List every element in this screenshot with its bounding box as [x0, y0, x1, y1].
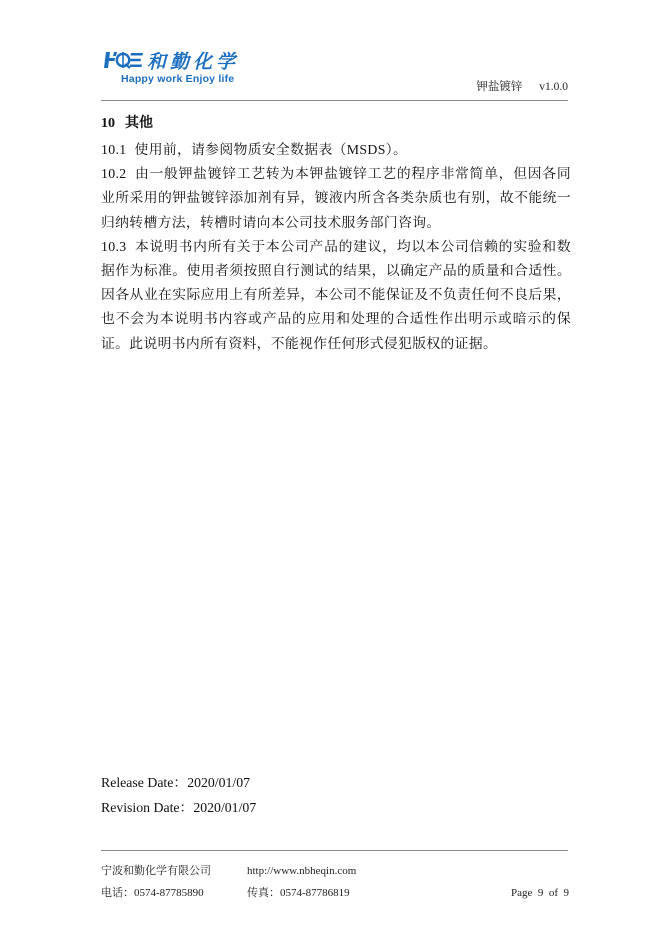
paragraph-10-3: 10.3本说明书内所有关于本公司产品的建议，均以本公司信赖的实验和数据作为标准。… [101, 235, 571, 356]
paragraph-text: 本说明书内所有关于本公司产品的建议，均以本公司信赖的实验和数据作为标准。使用者须… [101, 239, 571, 351]
revision-date-value: 2020/01/07 [193, 800, 256, 815]
release-date-value: 2020/01/07 [187, 775, 250, 790]
revision-date: Revision Date：2020/01/07 [101, 796, 256, 821]
document-title: 钾盐镀锌 [476, 81, 522, 93]
paragraph-10-2: 10.2由一般钾盐镀锌工艺转为本钾盐镀锌工艺的程序非常简单，但因各同业所采用的钾… [101, 162, 571, 235]
header-divider [101, 100, 568, 101]
paragraph-10-1: 10.1使用前，请参阅物质安全数据表（MSDS）。 [101, 138, 571, 162]
section-title: 其他 [125, 116, 153, 131]
footer-company: 宁波和勤化学有限公司 [101, 860, 211, 882]
paragraph-number: 10.2 [101, 166, 127, 181]
document-body: 10其他 10.1使用前，请参阅物质安全数据表（MSDS）。 10.2由一般钾盐… [101, 112, 571, 356]
revision-date-label: Revision Date： [101, 800, 193, 815]
page-number: Page 9 of 9 [511, 882, 569, 904]
footer-phone: 电话：0574-87785890 [101, 882, 204, 904]
section-heading: 10其他 [101, 112, 571, 136]
paragraph-text: 由一般钾盐镀锌工艺转为本钾盐镀锌工艺的程序非常简单，但因各同业所采用的钾盐镀锌添… [101, 166, 571, 229]
company-name-cn: 和勤化学 [147, 47, 239, 74]
page-footer: 宁波和勤化学有限公司 http://www.nbheqin.com 电话：057… [101, 860, 569, 904]
paragraph-number: 10.1 [101, 142, 127, 157]
paragraph-number: 10.3 [101, 239, 127, 254]
document-version: v1.0.0 [539, 81, 568, 93]
document-header-info: 钾盐镀锌 v1.0.0 [476, 78, 568, 94]
release-date-label: Release Date： [101, 775, 187, 790]
company-logo: 和勤化学 Happy work Enjoy life [104, 49, 254, 89]
document-dates: Release Date：2020/01/07 Revision Date：20… [101, 771, 256, 820]
paragraph-text: 使用前，请参阅物质安全数据表（MSDS）。 [135, 142, 408, 157]
footer-website-link[interactable]: http://www.nbheqin.com [247, 860, 356, 882]
footer-divider [101, 850, 568, 851]
company-slogan: Happy work Enjoy life [121, 73, 234, 85]
footer-fax: 传真：0574-87786819 [247, 882, 350, 904]
release-date: Release Date：2020/01/07 [101, 771, 256, 796]
section-number: 10 [101, 116, 115, 131]
hqe-logo-mark-icon [104, 49, 144, 71]
